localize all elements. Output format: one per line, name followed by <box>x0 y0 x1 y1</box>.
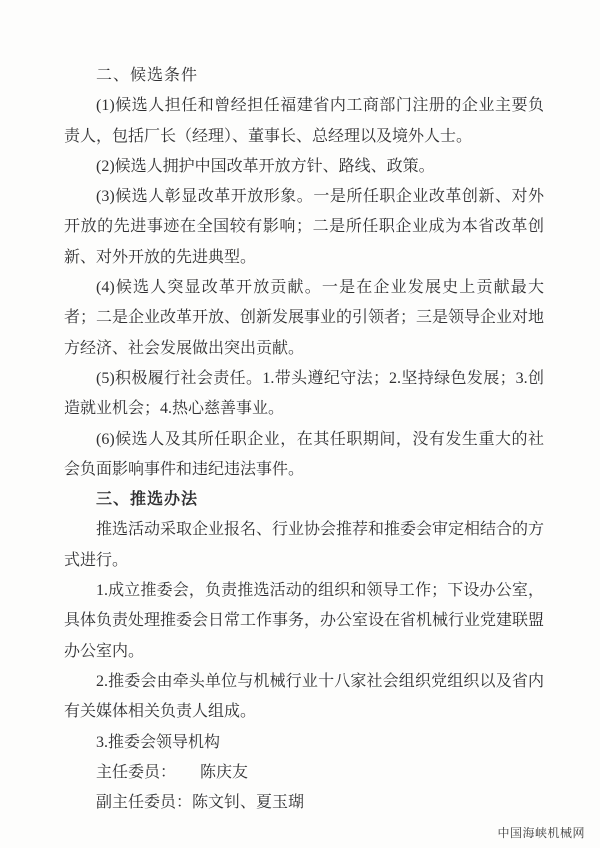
paragraph: (5)积极履行社会责任。1.带头遵纪守法；2.坚持绿色发展；3.创造就业机会；4… <box>64 364 544 425</box>
paragraph: (2)候选人拥护中国改革开放方针、路线、政策。 <box>64 152 544 182</box>
paragraph: 3.推委会领导机构 <box>64 728 544 758</box>
document-body: 二、候选条件(1)候选人担任和曾经担任福建省内工商部门注册的企业主要负责人，包括… <box>64 61 544 818</box>
paragraph: 1.成立推委会，负责推选活动的组织和领导工作；下设办公室，具体负责处理推委会日常… <box>64 576 544 667</box>
paragraph: 推选活动采取企业报名、行业协会推荐和推委会审定相结合的方式进行。 <box>64 515 544 576</box>
paragraph: 主任委员： 陈庆友 <box>64 758 544 788</box>
paragraph: 2.推委会由牵头单位与机械行业十八家社会组织党组织以及省内有关媒体相关负责人组成… <box>64 667 544 728</box>
paragraph: (6)候选人及其所任职企业，在其任职期间，没有发生重大的社会负面影响事件和违纪违… <box>64 425 544 486</box>
document-page: 二、候选条件(1)候选人担任和曾经担任福建省内工商部门注册的企业主要负责人，包括… <box>0 0 600 848</box>
paragraph: (3)候选人彰显改革开放形象。一是所任职企业改革创新、对外开放的先进事迹在全国较… <box>64 182 544 273</box>
paragraph: 副主任委员：陈文钊、夏玉瑚 <box>64 788 544 818</box>
paragraph: (4)候选人突显改革开放贡献。一是在企业发展史上贡献最大者；二是企业改革开放、创… <box>64 273 544 364</box>
section-heading: 二、候选条件 <box>64 61 544 91</box>
section-heading: 三、推选办法 <box>64 485 544 515</box>
site-watermark: 中国海峡机械网 <box>497 824 585 841</box>
paragraph: (1)候选人担任和曾经担任福建省内工商部门注册的企业主要负责人，包括厂长（经理）… <box>64 91 544 152</box>
